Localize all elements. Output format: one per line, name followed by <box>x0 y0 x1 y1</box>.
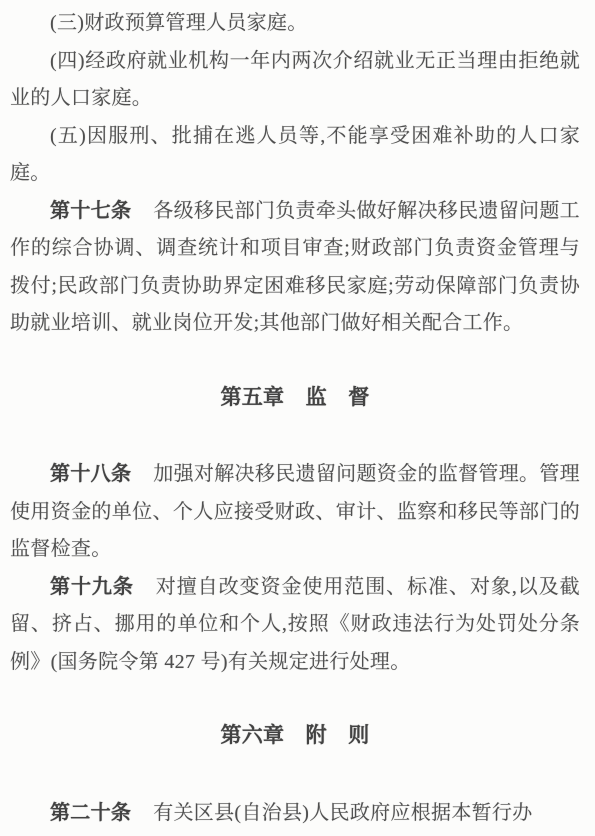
article-20-label: 第二十条 <box>50 802 131 824</box>
article-18-label: 第十八条 <box>50 463 131 485</box>
clause-text: (四)经政府就业机构一年内两次介绍就业无正当理由拒绝就业的人口家庭。 <box>10 50 580 110</box>
clause-item-5: (五)因服刑、批捕在逃人员等,不能享受困难补助的人口家庭。 <box>10 118 580 193</box>
article-20: 第二十条有关区县(自治县)人民政府应根据本暂行办 <box>10 795 580 833</box>
article-20-text: 有关区县(自治县)人民政府应根据本暂行办 <box>153 802 532 824</box>
document-page: (三)财政预算管理人员家庭。 (四)经政府就业机构一年内两次介绍就业无正当理由拒… <box>0 0 595 836</box>
article-19: 第十九条对擅自改变资金使用范围、标准、对象,以及截留、挤占、挪用的单位和个人,按… <box>10 569 580 682</box>
clause-item-3: (三)财政预算管理人员家庭。 <box>10 5 580 43</box>
clause-text: (五)因服刑、批捕在逃人员等,不能享受困难补助的人口家庭。 <box>10 125 580 185</box>
article-17-label: 第十七条 <box>50 200 131 222</box>
article-19-label: 第十九条 <box>50 576 134 598</box>
clause-item-4: (四)经政府就业机构一年内两次介绍就业无正当理由拒绝就业的人口家庭。 <box>10 43 580 118</box>
chapter-heading-5: 第五章 监 督 <box>10 379 580 417</box>
clause-text: (三)财政预算管理人员家庭。 <box>50 12 308 34</box>
article-17: 第十七条各级移民部门负责牵头做好解决移民遗留问题工作的综合协调、调查统计和项目审… <box>10 193 580 343</box>
article-18: 第十八条加强对解决移民遗留问题资金的监督管理。管理使用资金的单位、个人应接受财政… <box>10 456 580 569</box>
chapter-heading-6: 第六章 附 则 <box>10 717 580 755</box>
